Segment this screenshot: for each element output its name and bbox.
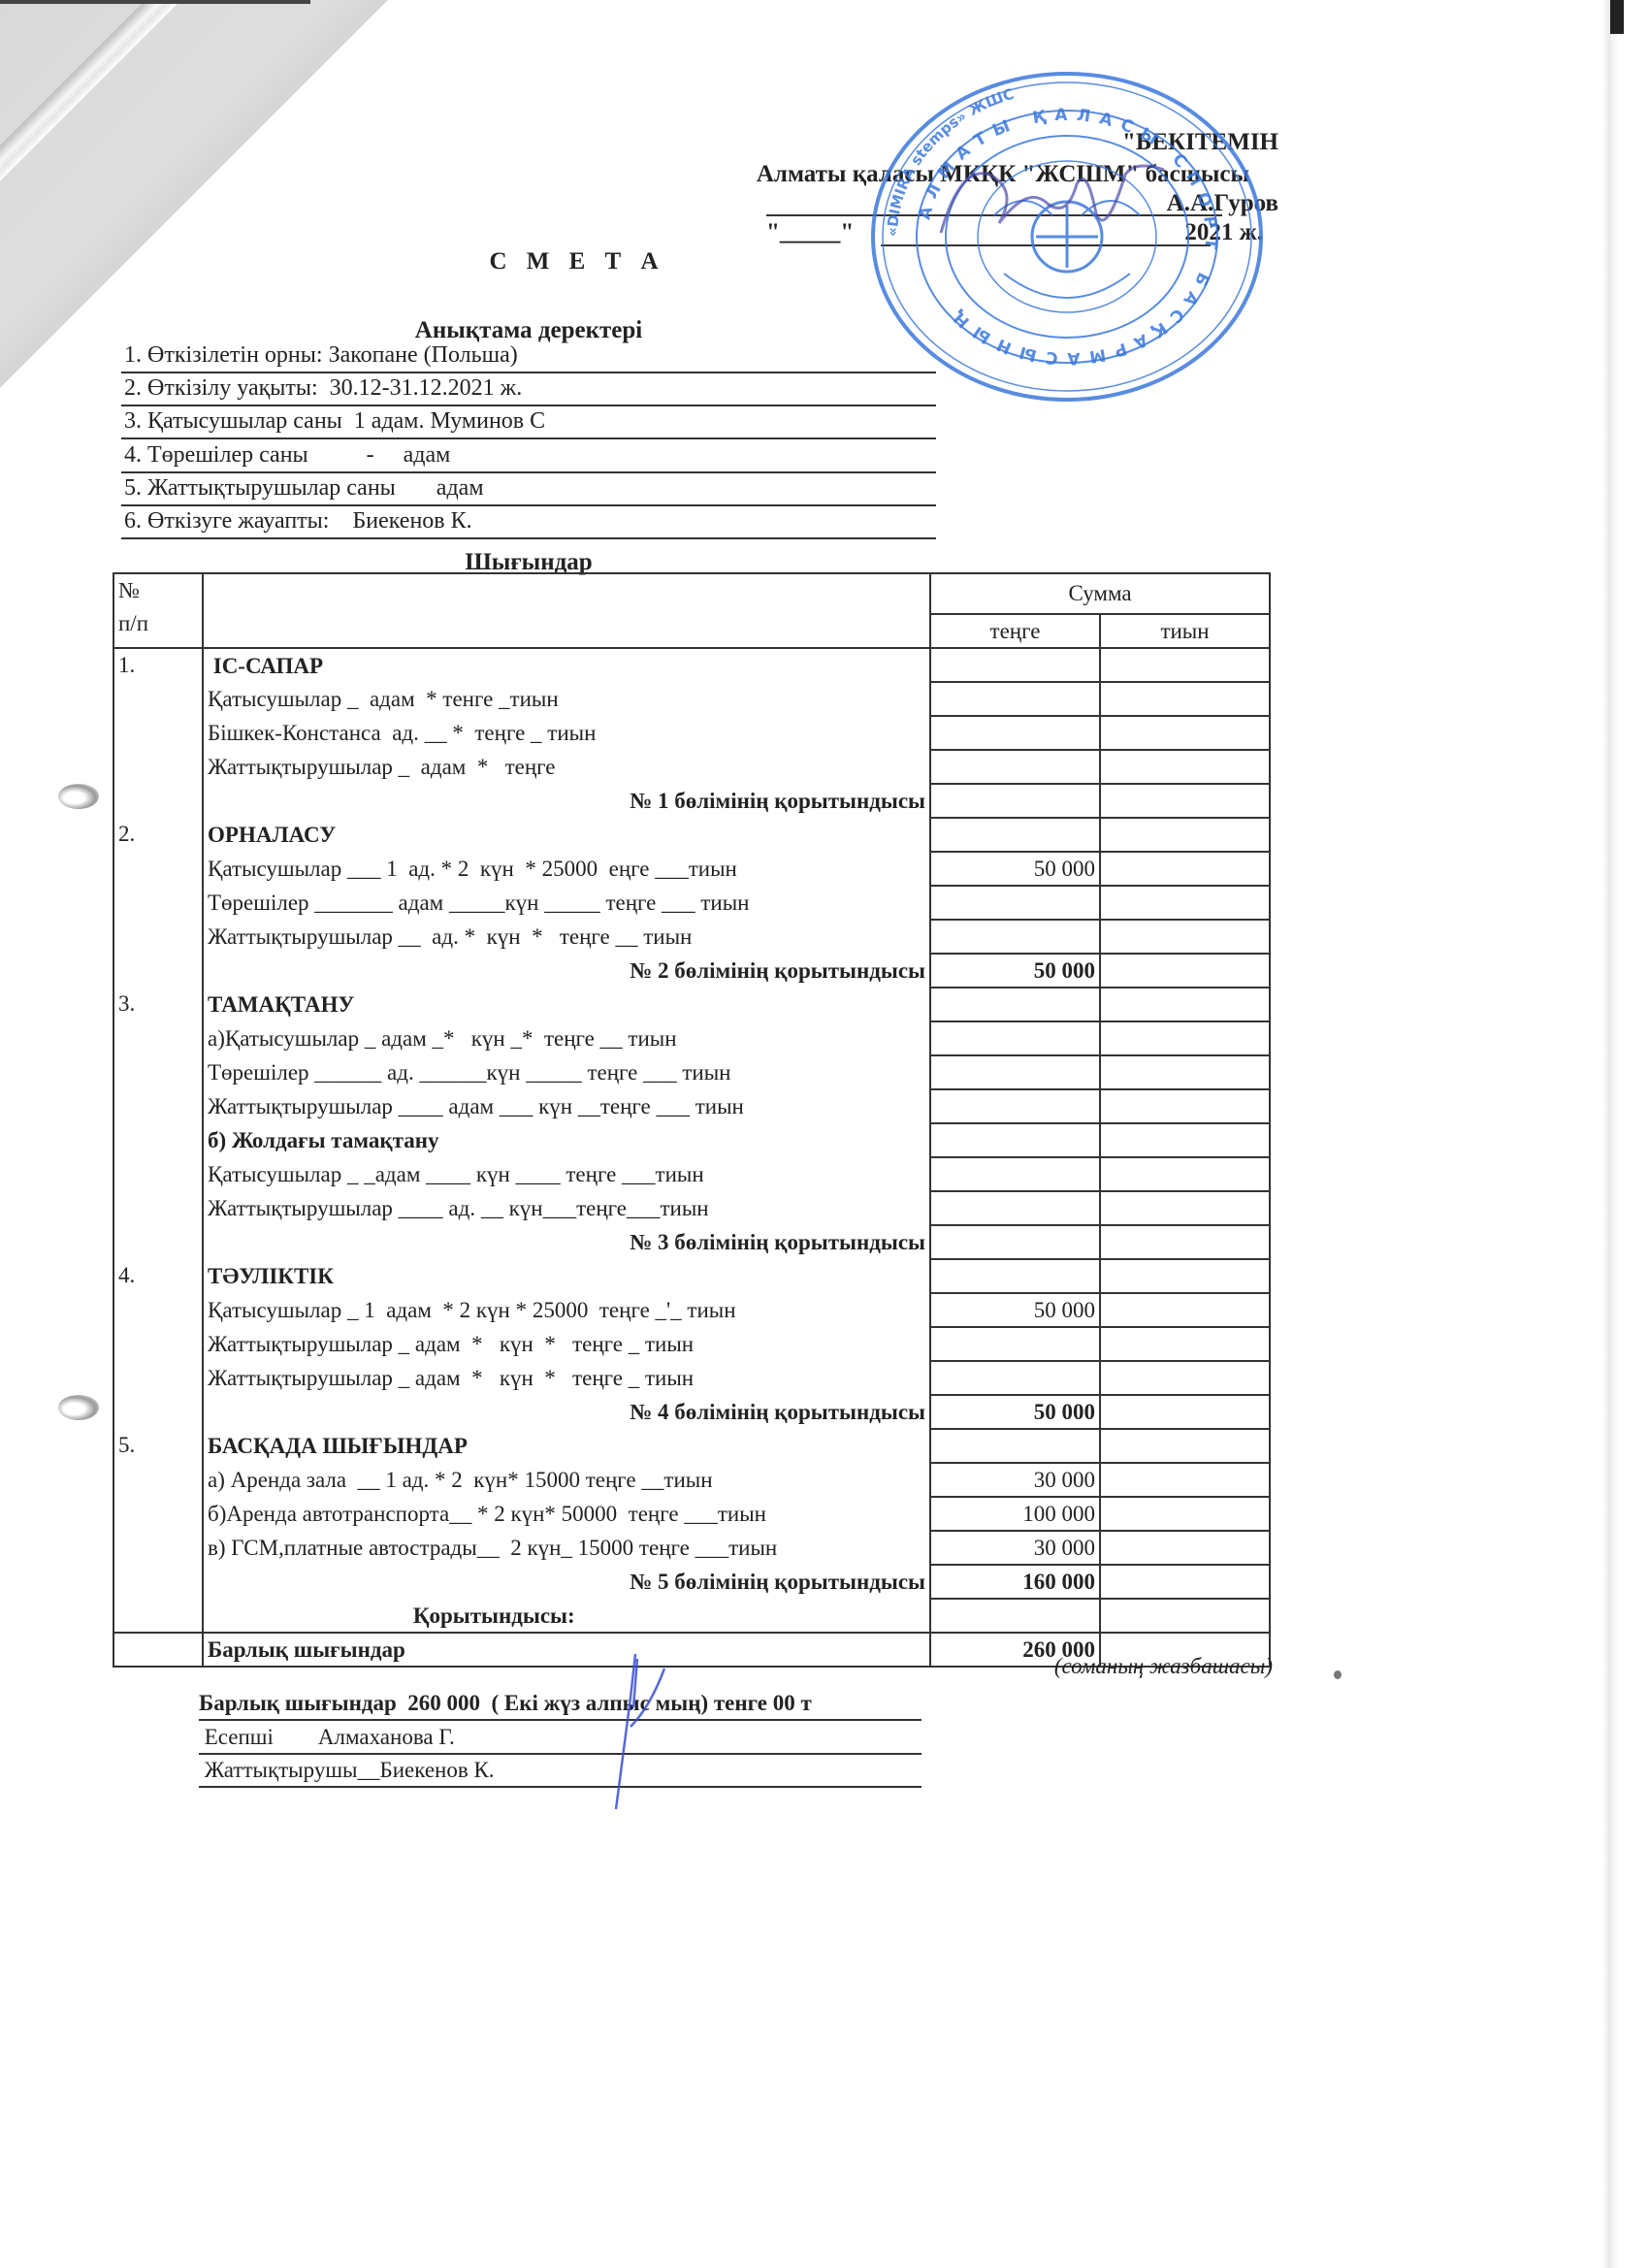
row-number [113,920,203,954]
row-amount-tiyn [1100,1123,1270,1157]
column-header-sum: Сумма [930,573,1270,614]
row-number: 5. [113,1429,203,1463]
row-amount-tenge: 100 000 [930,1497,1100,1531]
row-amount-tiyn [1100,1225,1270,1259]
row-amount-tenge [930,648,1100,682]
row-number [113,682,203,716]
row-amount-tenge [930,1259,1100,1293]
row-amount-tiyn [1100,1497,1270,1531]
date-month-line [881,244,1211,246]
row-number: 2. [113,818,203,852]
row-amount-tenge [930,682,1100,716]
reference-row: 1. Өткізілетін орны: Закопане (Польша) [121,339,936,373]
row-amount-tiyn [1100,1021,1270,1055]
table-row: б) Жолдағы тамақтану [113,1123,1270,1157]
amount-in-words-caption: (соманың жазбашасы) [1009,1654,1273,1679]
table-row: Жаттықтырушылар _ адам * күн * теңге _ т… [113,1327,1270,1361]
row-number: 4. [113,1259,203,1293]
table-row: Қатысушылар _ адам * тенге _тиын [113,682,1270,716]
row-amount-tenge: 50 000 [930,954,1100,988]
row-description: ОРНАЛАСУ [203,818,930,852]
table-row: Қатысушылар _ 1 адам * 2 күн * 25000 тең… [113,1293,1270,1327]
row-number [113,886,203,920]
table-row: № 3 бөлімінің қорытындысы [113,1225,1270,1259]
row-amount-tiyn [1100,886,1270,920]
row-amount-tiyn [1100,1327,1270,1361]
row-amount-tiyn [1100,716,1270,750]
row-number [113,1395,203,1429]
reference-row: 4. Төрешілер саны - адам [121,438,936,473]
row-description: Жаттықтырушылар _ адам * теңге [203,750,930,784]
table-row: Қатысушылар _ _адам ____ күн ____ теңге … [113,1157,1270,1191]
row-description: БАСҚАДА ШЫҒЫНДАР [203,1429,930,1463]
row-description: Қорытындысы: [203,1599,930,1633]
row-amount-tenge [930,1361,1100,1395]
row-description: № 2 бөлімінің қорытындысы [203,954,930,988]
row-number [113,1327,203,1361]
row-number [113,1191,203,1225]
row-number [113,1633,203,1667]
table-row: Бішкек-Констанса ад. __ * теңге _ тиын [113,716,1270,750]
row-amount-tenge [930,716,1100,750]
row-number [113,1599,203,1633]
row-amount-tenge [930,1157,1100,1191]
row-description: № 3 бөлімінің қорытындысы [203,1225,930,1259]
punch-hole [58,784,99,809]
row-amount-tenge [930,1327,1100,1361]
table-row: б)Аренда автотранспорта__ * 2 күн* 50000… [113,1497,1270,1531]
row-amount-tiyn [1100,784,1270,818]
table-row: № 1 бөлімінің қорытындысы [113,784,1270,818]
column-header-number-line2: п/п [118,607,198,640]
row-amount-tiyn [1100,1259,1270,1293]
row-amount-tiyn [1100,750,1270,784]
table-row: № 4 бөлімінің қорытындысы50 000 [113,1395,1270,1429]
row-number: 1. [113,648,203,682]
signature-line [766,214,1222,216]
row-description: в) ГСМ,платные автострады__ 2 күн_ 15000… [203,1531,930,1565]
column-header-number: № п/п [113,573,203,648]
table-row: № 5 бөлімінің қорытындысы160 000 [113,1565,1270,1599]
row-amount-tiyn [1100,682,1270,716]
approval-director-name: А.А.Гуров [1167,190,1278,217]
reference-row-text: 2. Өткізілу уақыты: 30.12-31.12.2021 ж. [121,375,522,401]
row-description: Жаттықтырушылар __ ад. * күн * теңге __ … [203,920,930,954]
table-row: 2.ОРНАЛАСУ [113,818,1270,852]
reference-row: 6. Өткізуге жауапты: Биекенов К. [121,504,936,539]
column-header-number-line1: № [118,574,198,607]
row-number [113,1497,203,1531]
row-amount-tiyn [1100,1089,1270,1123]
approval-date-day: "_____" [766,219,854,246]
row-amount-tenge [930,988,1100,1021]
row-amount-tenge [930,920,1100,954]
reference-row-text: 3. Қатысушылар саны 1 адам. Муминов С [121,408,545,434]
scan-speck [1334,1670,1342,1679]
row-number [113,1565,203,1599]
table-row: 1. ІС-САПАР [113,648,1270,682]
row-number [113,1293,203,1327]
row-amount-tenge [930,1123,1100,1157]
row-amount-tiyn [1100,818,1270,852]
table-row: Жаттықтырушылар ____ адам ___ күн __теңг… [113,1089,1270,1123]
row-amount-tiyn [1100,1395,1270,1429]
row-number [113,1089,203,1123]
table-row: а)Қатысушылар _ адам _* күн _* теңге __ … [113,1021,1270,1055]
row-amount-tiyn [1100,1361,1270,1395]
row-number [113,1055,203,1089]
table-row: Жаттықтырушылар __ ад. * күн * теңге __ … [113,920,1270,954]
row-amount-tiyn [1100,1055,1270,1089]
row-amount-tenge: 30 000 [930,1463,1100,1497]
row-description: Қатысушылар _ адам * тенге _тиын [203,682,930,716]
row-number [113,1361,203,1395]
column-header-tiyn: тиын [1100,614,1270,648]
total-in-words: Барлық шығындар 260 000 ( Екі жүз алпыс … [199,1687,921,1721]
row-amount-tenge [930,1429,1100,1463]
table-row: Қатысушылар ___ 1 ад. * 2 күн * 25000 ең… [113,852,1270,886]
row-amount-tiyn [1100,1191,1270,1225]
row-description: Жаттықтырушылар ____ адам ___ күн __теңг… [203,1089,930,1123]
table-row: Төрешілер ______ ад. ______күн _____ тең… [113,1055,1270,1089]
column-header-tenge: теңге [930,614,1100,648]
row-number [113,954,203,988]
row-amount-tenge: 30 000 [930,1531,1100,1565]
row-number [113,750,203,784]
row-amount-tiyn [1100,920,1270,954]
row-amount-tiyn [1100,1531,1270,1565]
row-description: № 1 бөлімінің қорытындысы [203,784,930,818]
row-description: Төрешілер _______ адам _____күн _____ те… [203,886,930,920]
row-description: а) Аренда зала __ 1 ад. * 2 күн* 15000 т… [203,1463,930,1497]
reference-row: 2. Өткізілу уақыты: 30.12-31.12.2021 ж. [121,372,936,406]
row-number [113,1225,203,1259]
row-description: б)Аренда автотранспорта__ * 2 күн* 50000… [203,1497,930,1531]
table-row: 3.ТАМАҚТАНУ [113,988,1270,1021]
row-number [113,1021,203,1055]
row-amount-tenge [930,1089,1100,1123]
row-amount-tiyn [1100,988,1270,1021]
reference-row-text: 6. Өткізуге жауапты: Биекенов К. [121,508,472,534]
document-title: С М Е Т А [0,248,1154,275]
row-description: ІС-САПАР [203,648,930,682]
column-header-description [203,573,930,648]
row-description: № 5 бөлімінің қорытындысы [203,1565,930,1599]
row-number [113,1531,203,1565]
row-number [113,1157,203,1191]
row-amount-tiyn [1100,852,1270,886]
expenses-table: № п/п Сумма теңге тиын 1. ІС-САПАРҚатысу… [113,572,1271,1668]
table-row: Жаттықтырушылар ____ ад. __ күн___теңге_… [113,1191,1270,1225]
row-description: ТАМАҚТАНУ [203,988,930,1021]
reference-row-text: 4. Төрешілер саны - адам [121,442,450,468]
reference-row: 5. Жаттықтырушылар саны адам [121,471,936,506]
row-amount-tenge: 50 000 [930,852,1100,886]
row-amount-tenge [930,1599,1100,1633]
page-edge [1602,0,1620,2268]
row-number [113,716,203,750]
table-row: Жаттықтырушылар _ адам * теңге [113,750,1270,784]
row-description: Жаттықтырушылар ____ ад. __ күн___теңге_… [203,1191,930,1225]
table-row: а) Аренда зала __ 1 ад. * 2 күн* 15000 т… [113,1463,1270,1497]
row-amount-tiyn [1100,1463,1270,1497]
row-amount-tiyn [1100,1599,1270,1633]
row-description: Жаттықтырушылар _ адам * күн * теңге _ т… [203,1361,930,1395]
scan-edge-corner [1610,0,1624,34]
row-amount-tenge: 160 000 [930,1565,1100,1599]
table-row: Қорытындысы: [113,1599,1270,1633]
row-amount-tiyn [1100,1293,1270,1327]
row-description: б) Жолдағы тамақтану [203,1123,930,1157]
row-description: Төрешілер ______ ад. ______күн _____ тең… [203,1055,930,1089]
row-number: 3. [113,988,203,1021]
row-description: Бішкек-Констанса ад. __ * теңге _ тиын [203,716,930,750]
accountant-signature-line: Есепші Алмаханова Г. [199,1721,921,1755]
table-row: 4.ТӘУЛІКТІК [113,1259,1270,1293]
row-description: Қатысушылар _ _адам ____ күн ____ теңге … [203,1157,930,1191]
reference-row-text: 5. Жаттықтырушылар саны адам [121,475,484,501]
row-description: Жаттықтырушылар _ адам * күн * теңге _ т… [203,1327,930,1361]
row-description: а)Қатысушылар _ адам _* күн _* теңге __ … [203,1021,930,1055]
scan-edge [0,0,310,4]
table-row: Төрешілер _______ адам _____күн _____ те… [113,886,1270,920]
row-amount-tenge [930,1225,1100,1259]
table-row: в) ГСМ,платные автострады__ 2 күн_ 15000… [113,1531,1270,1565]
row-amount-tiyn [1100,1157,1270,1191]
table-row: Жаттықтырушылар _ адам * күн * теңге _ т… [113,1361,1270,1395]
row-description: Қатысушылар _ 1 адам * 2 күн * 25000 тең… [203,1293,930,1327]
reference-row: 3. Қатысушылар саны 1 адам. Муминов С [121,405,936,439]
row-description: № 4 бөлімінің қорытындысы [203,1395,930,1429]
approval-organization: Алматы қаласы МКҚК "ЖСШМ" басшысы [757,161,1249,188]
row-number [113,1123,203,1157]
punch-hole [58,1395,99,1420]
reference-row-text: 1. Өткізілетін орны: Закопане (Польша) [121,342,518,368]
approval-heading: "БЕКІТЕМІН [1122,129,1278,156]
row-amount-tiyn [1100,1565,1270,1599]
table-row: № 2 бөлімінің қорытындысы50 000 [113,954,1270,988]
row-amount-tenge [930,818,1100,852]
approval-date-year: 2021 ж. [1184,219,1263,246]
row-amount-tiyn [1100,1429,1270,1463]
row-description: Қатысушылар ___ 1 ад. * 2 күн * 25000 ең… [203,852,930,886]
row-amount-tenge [930,1055,1100,1089]
grand-total-label: Барлық шығындар [203,1633,930,1667]
row-amount-tiyn [1100,954,1270,988]
row-amount-tenge: 50 000 [930,1293,1100,1327]
row-amount-tenge [930,886,1100,920]
row-number [113,1463,203,1497]
coach-signature-line: Жаттықтырушы__Биекенов К. [199,1754,921,1788]
row-number [113,852,203,886]
table-row: 5.БАСҚАДА ШЫҒЫНДАР [113,1429,1270,1463]
row-description: ТӘУЛІКТІК [203,1259,930,1293]
row-amount-tenge [930,750,1100,784]
row-amount-tenge [930,1021,1100,1055]
row-number [113,784,203,818]
row-amount-tenge [930,1191,1100,1225]
row-amount-tiyn [1100,648,1270,682]
row-amount-tenge [930,784,1100,818]
row-amount-tenge: 50 000 [930,1395,1100,1429]
